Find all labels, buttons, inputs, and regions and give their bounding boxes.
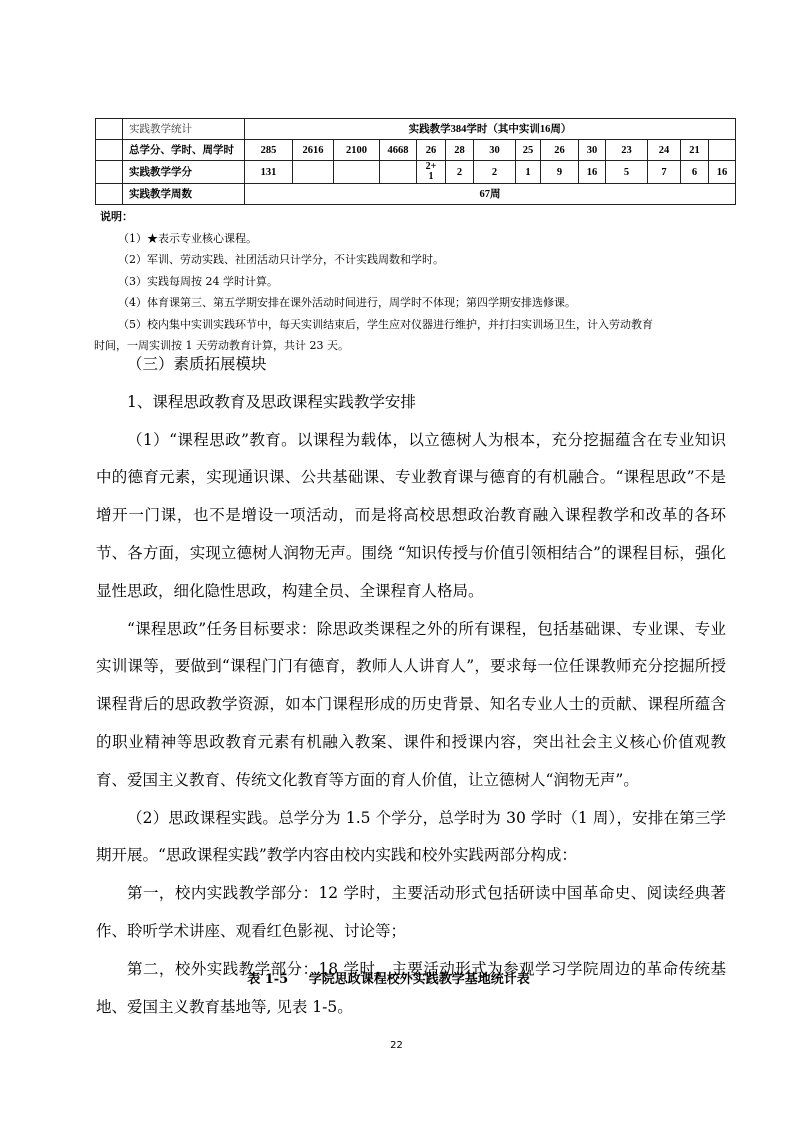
body-text: （三）素质拓展模块 1、课程思政教育及思政课程实践教学安排 （1）“课程思政”教…: [96, 346, 726, 1026]
sub-heading: 1、课程思政教育及思政课程实践教学安排: [96, 384, 726, 422]
notes-section: 说明： （1）★表示专业核心课程。 （2）军训、劳动实践、社团活动只计学分，不计…: [100, 206, 740, 357]
table-cell: 131: [245, 161, 293, 184]
table-cell: 6: [681, 161, 709, 184]
table-cell: 16: [579, 161, 606, 184]
paragraph: 第一，校内实践教学部分：12 学时，主要活动形式包括研读中国革命史、阅读经典著作…: [96, 875, 726, 951]
note-item: （1）★表示专业核心课程。: [100, 228, 740, 250]
document-page: 实践教学统计 实践教学384学时（其中实训16周） 总学分、学时、周学时 285…: [0, 0, 793, 1122]
table-cell: 30: [579, 140, 606, 161]
notes-title: 说明：: [100, 206, 740, 228]
table-cell: 2: [474, 161, 516, 184]
table-cell: 30: [474, 140, 516, 161]
table-cell: 9: [541, 161, 579, 184]
table-cell: 26: [417, 140, 446, 161]
stacked-value: 2+ 1: [426, 162, 437, 182]
table-cell: 21: [681, 140, 709, 161]
note-item: （3）实践每周按 24 学时计算。: [100, 271, 740, 293]
table-cell: [709, 140, 736, 161]
note-item: （5）校内集中实训实践环节中，每天实训结束后，学生应对仪器进行维护，并打扫实训场…: [100, 314, 740, 336]
summary-cell: 67周: [245, 184, 736, 205]
table-cell: 16: [709, 161, 736, 184]
table-cell: 2616: [293, 140, 334, 161]
blank-cell: [96, 184, 123, 205]
table-row: 实践教学统计 实践教学384学时（其中实训16周）: [96, 119, 736, 140]
table-cell: 285: [245, 140, 293, 161]
section-heading: （三）素质拓展模块: [96, 346, 726, 384]
table-cell: 7: [648, 161, 681, 184]
paragraph: 第二，校外实践教学部分：18 学时，主要活动形式为参观学习学院周边的革命传统基地…: [96, 951, 726, 1027]
summary-cell: 实践教学384学时（其中实训16周）: [245, 119, 736, 140]
table-cell: [293, 161, 334, 184]
table-cell: 1: [516, 161, 541, 184]
table-cell: 5: [606, 161, 648, 184]
table-row: 实践教学周数 67周: [96, 184, 736, 205]
row-label: 实践教学学分: [123, 161, 245, 184]
table-cell: 4668: [380, 140, 417, 161]
table-cell: 23: [606, 140, 648, 161]
practice-teaching-table: 实践教学统计 实践教学384学时（其中实训16周） 总学分、学时、周学时 285…: [95, 118, 736, 205]
paragraph: “课程思政”任务目标要求：除思政类课程之外的所有课程，包括基础课、专业课、专业实…: [96, 611, 726, 800]
caption-title: 学院思政课程校外实践教学基地统计表: [309, 972, 530, 987]
row-label: 实践教学周数: [123, 184, 245, 205]
row-label: 总学分、学时、周学时: [123, 140, 245, 161]
table-caption: 表 1-5 学院思政课程校外实践教学基地统计表: [0, 968, 793, 987]
caption-number: 表 1-5: [247, 972, 288, 987]
table-cell: 24: [648, 140, 681, 161]
blank-cell: [96, 140, 123, 161]
table-cell: 25: [516, 140, 541, 161]
page-number: 22: [0, 1040, 793, 1051]
table-cell: 2+ 1: [417, 161, 446, 184]
table-cell: 28: [446, 140, 474, 161]
paragraph: （1）“课程思政”教育。以课程为载体，以立德树人为根本，充分挖掘蕴含在专业知识中…: [96, 422, 726, 611]
table-cell: 2100: [334, 140, 380, 161]
row-label: 实践教学统计: [123, 119, 245, 140]
table-cell: [334, 161, 380, 184]
table-row: 总学分、学时、周学时 285 2616 2100 4668 26 28 30 2…: [96, 140, 736, 161]
note-item: （2）军训、劳动实践、社团活动只计学分，不计实践周数和学时。: [100, 249, 740, 271]
blank-cell: [96, 119, 123, 140]
note-item: （4）体育课第三、第五学期安排在课外活动时间进行，周学时不体现；第四学期安排选修…: [100, 292, 740, 314]
table-row: 实践教学学分 131 2+ 1 2 2 1 9 16 5 7 6 16: [96, 161, 736, 184]
table-cell: 2: [446, 161, 474, 184]
table-cell: [380, 161, 417, 184]
blank-cell: [96, 161, 123, 184]
paragraph: （2）思政课程实践。总学分为 1.5 个学分，总学时为 30 学时（1 周），安…: [96, 800, 726, 876]
table-cell: 26: [541, 140, 579, 161]
